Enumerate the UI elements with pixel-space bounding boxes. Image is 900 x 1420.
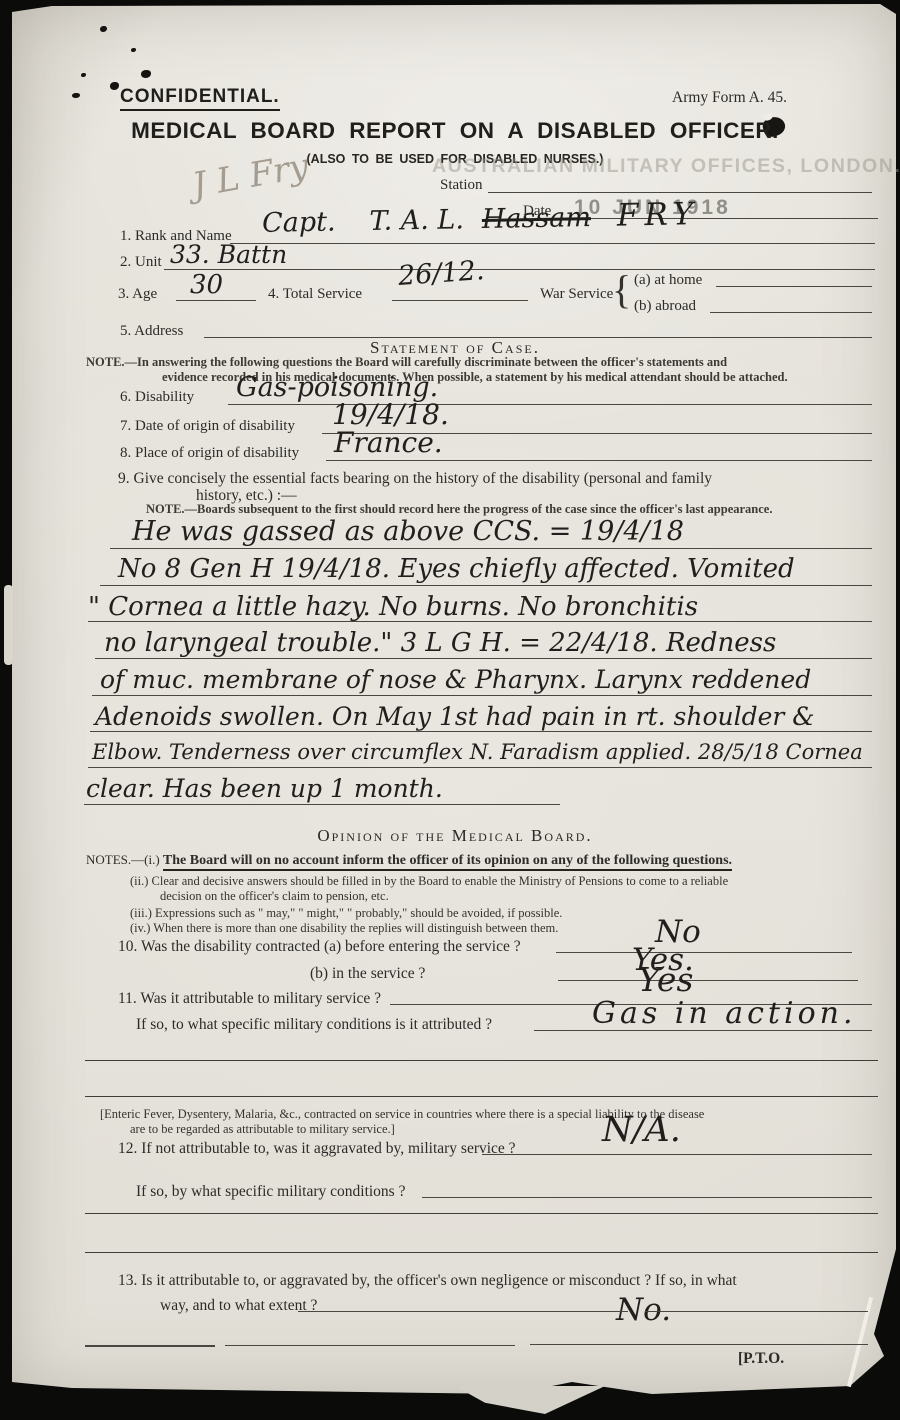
q12-sub-line [422, 1197, 872, 1198]
war-abroad-line [710, 312, 872, 313]
history-line: He was gassed as above CCS. = 19/4/18 [132, 516, 684, 547]
history-rule [90, 731, 872, 732]
surname: FRY [617, 196, 700, 233]
notes-i-text: The Board will on no account inform the … [163, 853, 732, 871]
total-service-entry: 26/12. [397, 255, 485, 292]
opinion-notes-ii-line1: (ii.) Clear and decisive answers should … [130, 874, 728, 889]
unit-label: 2. Unit [120, 254, 162, 271]
station-label: Station [440, 177, 483, 194]
q10-label: 10. Was the disability contracted (a) be… [118, 938, 521, 956]
total-service-label: 4. Total Service [268, 286, 362, 303]
q10b-label: (b) in the service ? [310, 965, 425, 983]
q13-line2: way, and to what extent ? [160, 1297, 317, 1315]
war-at-home-line [716, 286, 872, 287]
classification-label: CONFIDENTIAL. [120, 86, 280, 111]
total-service-line [392, 300, 528, 301]
war-abroad-label: (b) abroad [634, 298, 696, 315]
statement-note-line1: NOTE.—In answering the following questio… [86, 355, 727, 370]
history-rule [95, 658, 872, 659]
bottom-rule-c [530, 1344, 868, 1345]
history-rule [100, 585, 872, 586]
q13-line-a [298, 1311, 628, 1312]
q9-line1: 9. Give concisely the essential facts be… [118, 470, 712, 488]
watermark-stamp: AUSTRALIAN MILITARY OFFICES, LONDON. [432, 156, 900, 178]
opinion-notes-ii-line2: decision on the officer's claim to pensi… [160, 889, 389, 904]
form-number: Army Form A. 45. [672, 89, 787, 107]
place-origin-label: 8. Place of origin of disability [120, 445, 299, 462]
date-origin-label: 7. Date of origin of disability [120, 418, 295, 435]
form-title: MEDICAL BOARD REPORT ON A DISABLED OFFIC… [0, 118, 900, 144]
disability-label: 6. Disability [120, 389, 194, 406]
history-line: clear. Has been up 1 month. [86, 774, 443, 803]
q12-answer: N/A. [602, 1110, 681, 1150]
name-initials: T. A. L. [369, 204, 464, 237]
pto-label: [P.T.O. [738, 1350, 784, 1368]
section-rule [85, 1213, 878, 1214]
paper-flap [455, 1386, 605, 1414]
enteric-note-line2: are to be regarded as attributable to mi… [130, 1122, 395, 1137]
opinion-notes-iii: (iii.) Expressions such as " may," " mig… [130, 906, 562, 921]
history-rule [88, 621, 872, 622]
q13-line1: 13. Is it attributable to, or aggravated… [118, 1272, 737, 1290]
opinion-notes-iv: (iv.) When there is more than one disabi… [130, 921, 558, 936]
q9-note: NOTE.—Boards subsequent to the first sho… [146, 502, 772, 517]
history-rule [88, 767, 872, 768]
scanned-document: CONFIDENTIAL. Army Form A. 45. MEDICAL B… [0, 0, 900, 1420]
q10b-line [558, 980, 858, 981]
history-rule [84, 804, 560, 805]
notes-prefix: NOTES.—(i.) [86, 852, 160, 867]
war-service-label: War Service [540, 286, 613, 303]
q13-line-b [645, 1311, 868, 1312]
bottom-rule-b [225, 1345, 515, 1346]
q10a-line [556, 952, 852, 953]
q11-label: 11. Was it attributable to military serv… [118, 990, 381, 1008]
unit-line [164, 269, 875, 270]
torn-edge-highlight [4, 585, 13, 665]
station-line [488, 192, 872, 193]
history-rule [110, 548, 872, 549]
history-line: " Cornea a little hazy. No burns. No bro… [88, 592, 698, 622]
struck-name: Hassam [482, 202, 592, 235]
age-label: 3. Age [118, 286, 157, 303]
rank-prefix: Capt. [262, 207, 336, 239]
war-service-brace: { [612, 266, 631, 313]
rank-name-entry: Capt.T. A. L.HassamFRY [262, 196, 700, 240]
opinion-notes-i: NOTES.—(i.) The Board will on no account… [86, 852, 732, 869]
section-rule [85, 1060, 878, 1061]
q12-sub-label: If so, by what specific military conditi… [136, 1183, 405, 1201]
history-line: Adenoids swollen. On May 1st had pain in… [95, 702, 815, 731]
q13-answer: No. [616, 1292, 671, 1328]
history-rule [92, 695, 872, 696]
q11-sub-line [534, 1030, 872, 1031]
q12-label: 12. If not attributable to, was it aggra… [118, 1140, 516, 1158]
place-origin-line [326, 460, 872, 461]
disability-line [228, 404, 872, 405]
war-at-home-label: (a) at home [634, 272, 702, 289]
section-rule [85, 1096, 878, 1097]
q11-conditions: Gas in action. [592, 996, 857, 1031]
section-rule [85, 1252, 878, 1253]
unit-entry: 33. Battn [170, 240, 287, 269]
rank-name-line [230, 243, 875, 244]
opinion-heading: Opinion of the Medical Board. [0, 826, 900, 846]
q11-answer: Yes [638, 960, 693, 999]
age-line [176, 300, 256, 301]
history-line: Elbow. Tenderness over circumflex N. Far… [92, 740, 863, 764]
history-line: no laryngeal trouble." 3 L G H. = 22/4/1… [104, 628, 776, 658]
history-line: No 8 Gen H 19/4/18. Eyes chiefly affecte… [118, 554, 795, 584]
q11-sub-label: If so, to what specific military conditi… [136, 1016, 492, 1034]
bottom-rule-a [85, 1345, 215, 1347]
q12-line [482, 1154, 872, 1155]
age-entry: 30 [190, 270, 223, 300]
place-origin-entry: France. [334, 426, 443, 459]
history-line: of muc. membrane of nose & Pharynx. Lary… [100, 665, 811, 694]
